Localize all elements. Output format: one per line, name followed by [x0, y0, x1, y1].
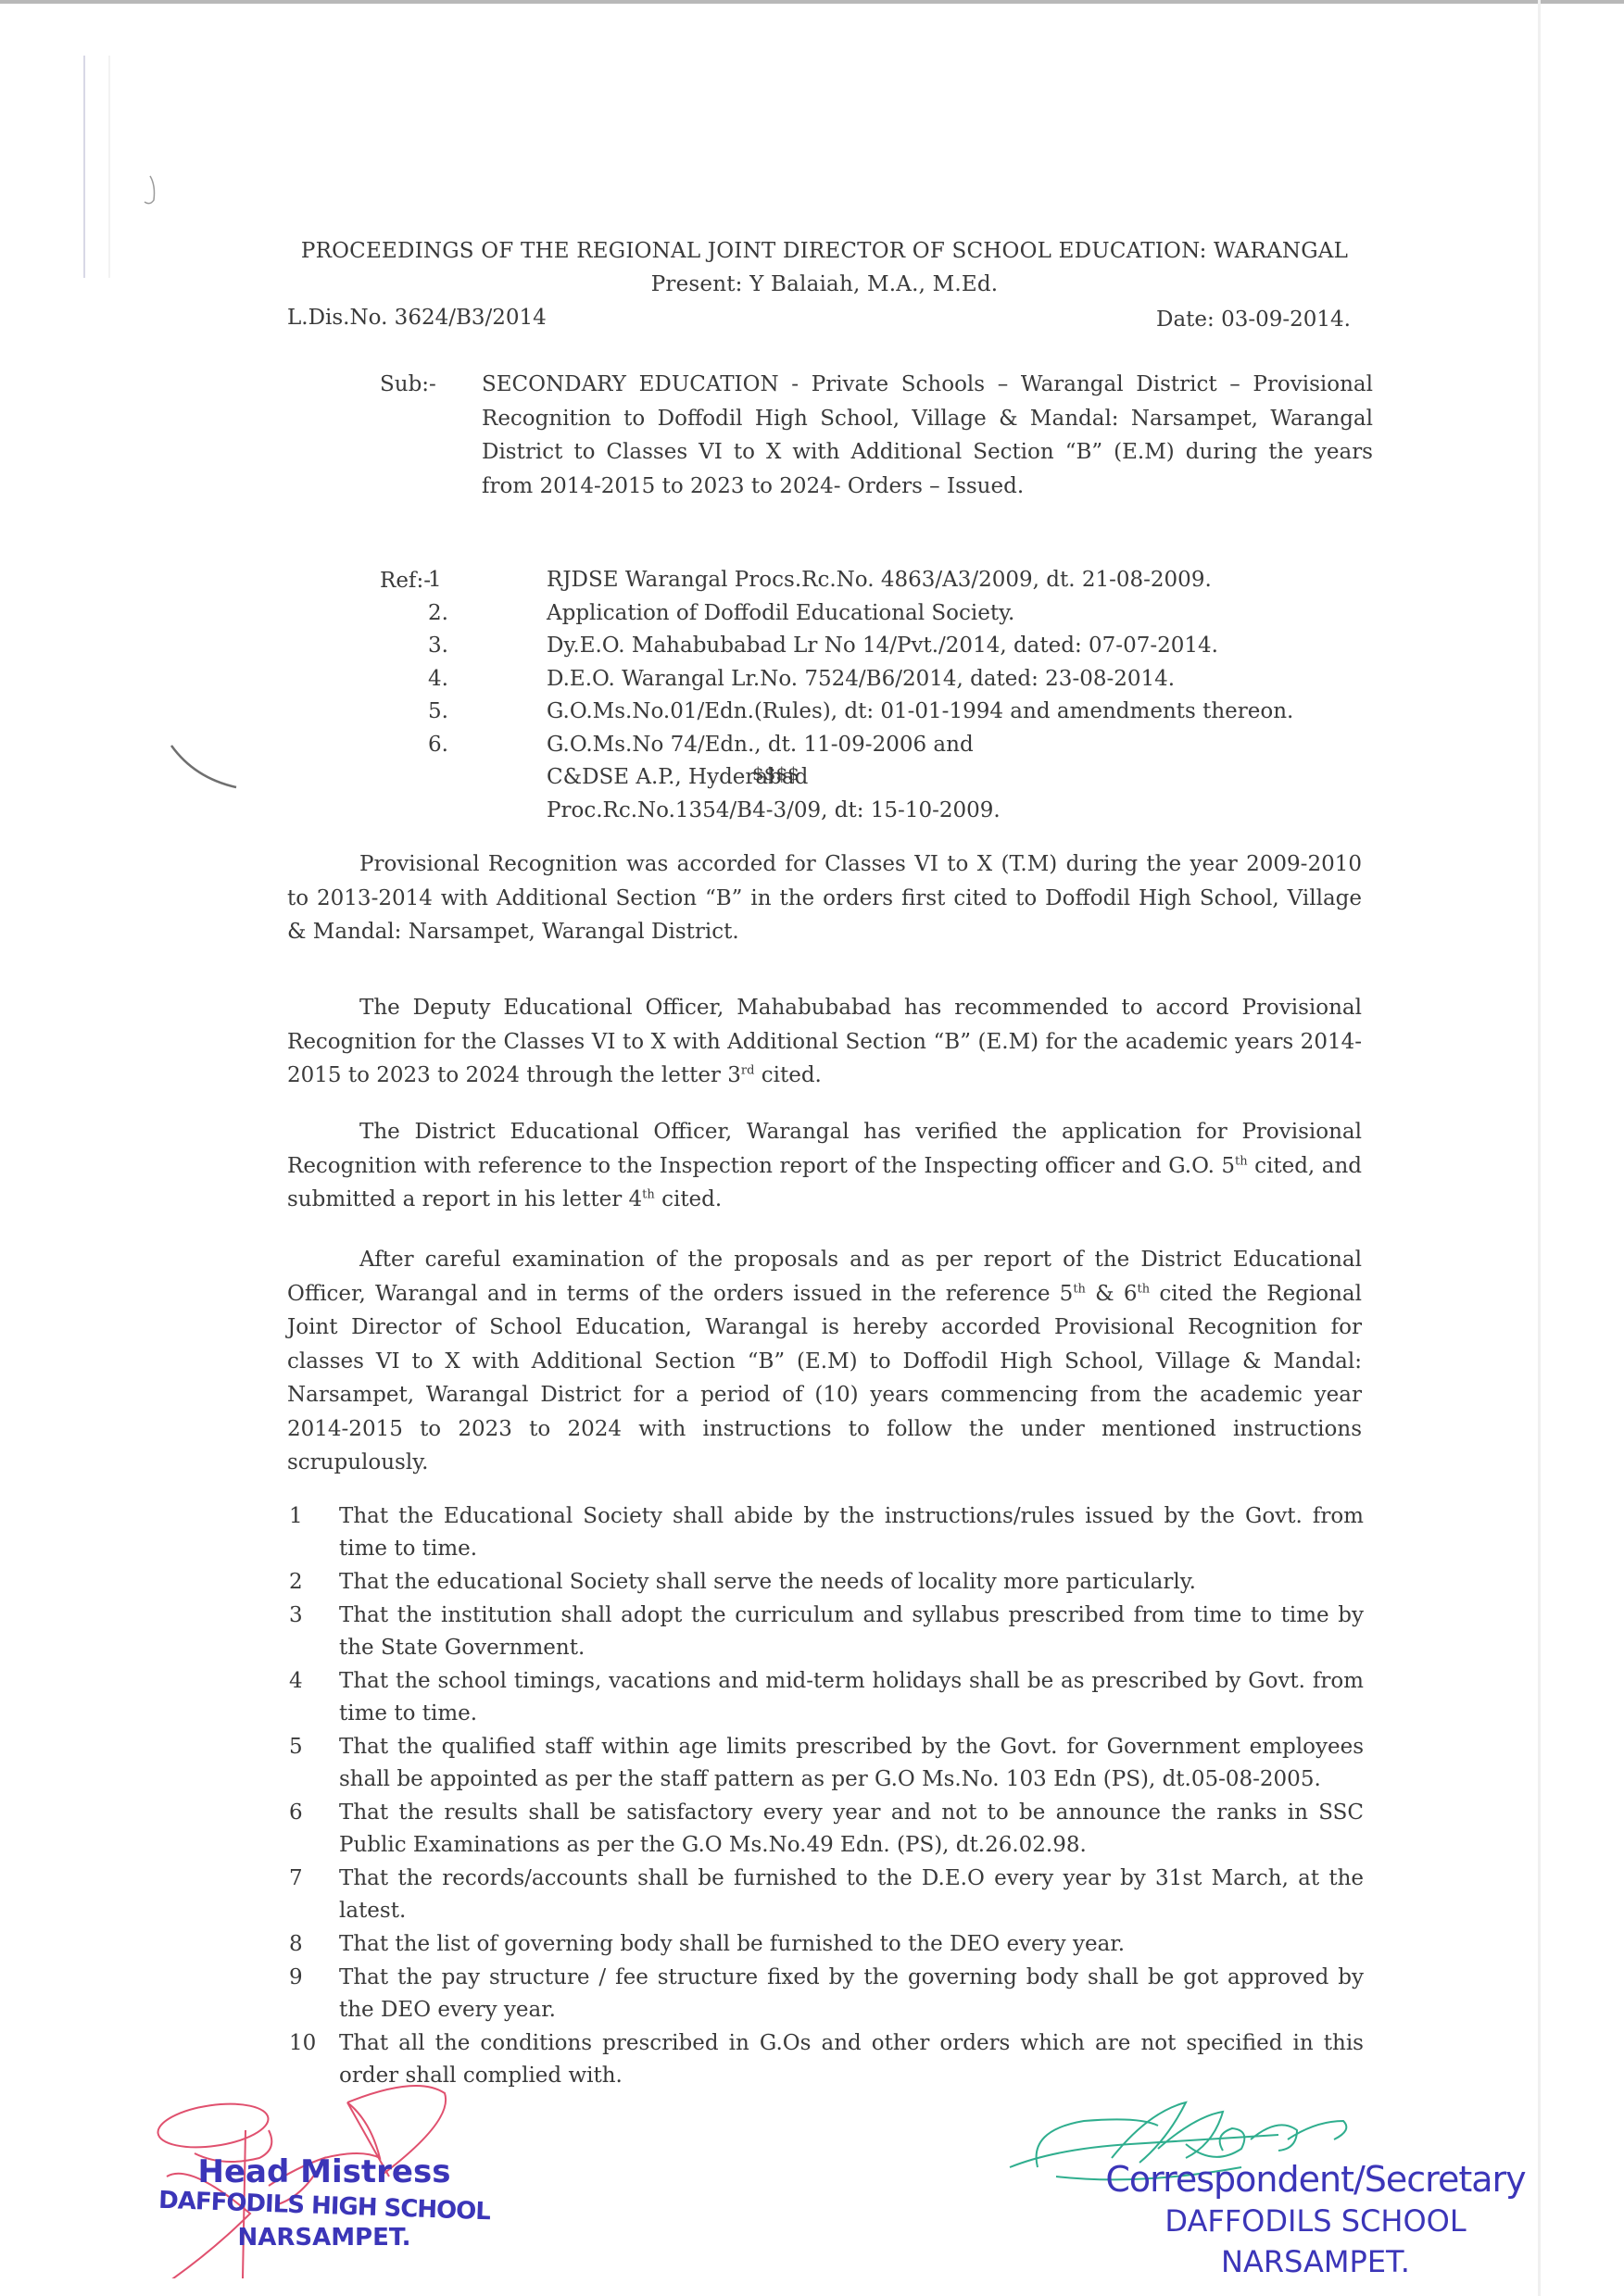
condition-item: 3That the institution shall adopt the cu… — [289, 1600, 1364, 1664]
condition-item: 2That the educational Society shall serv… — [289, 1566, 1364, 1599]
reference-item: 1RJDSE Warangal Procs.Rc.No. 4863/A3/200… — [428, 564, 1391, 597]
reference-item: 5.G.O.Ms.No.01/Edn.(Rules), dt: 01-01-19… — [428, 696, 1391, 729]
stamp-title: Correspondent/Secretary — [1084, 2158, 1547, 2201]
correspondent-stamp: Correspondent/Secretary DAFFODILS SCHOOL… — [1084, 2158, 1547, 2282]
scan-margin-mark — [108, 56, 110, 278]
condition-item: 5That the qualified staff within age lim… — [289, 1731, 1364, 1796]
pen-stroke — [167, 741, 250, 797]
scan-right-edge — [1538, 0, 1541, 2296]
condition-item: 8That the list of governing body shall b… — [289, 1928, 1364, 1961]
reference-item: 6.G.O.Ms.No 74/Edn., dt. 11-09-2006 and … — [428, 729, 1391, 828]
paragraph-deo-recommendation: The Deputy Educational Officer, Mahabuba… — [287, 991, 1362, 1093]
document-header: PROCEEDINGS OF THE REGIONAL JOINT DIRECT… — [278, 234, 1371, 301]
condition-item: 4That the school timings, vacations and … — [289, 1665, 1364, 1730]
section-separator: $$$$ — [752, 757, 799, 790]
order-date: Date: 03-09-2014. — [1156, 303, 1351, 336]
condition-item: 10That all the conditions prescribed in … — [289, 2027, 1364, 2092]
scan-margin-mark — [83, 56, 85, 278]
reference-number: L.Dis.No. 3624/B3/2014 — [287, 301, 547, 334]
paragraph-previous-recognition: Provisional Recognition was accorded for… — [287, 847, 1362, 949]
references-list: 1RJDSE Warangal Procs.Rc.No. 4863/A3/200… — [428, 564, 1391, 827]
head-mistress-stamp: Head Mistress DAFFODILS HIGH SCHOOL NARS… — [130, 2153, 519, 2253]
stamp-place: NARSAMPET. — [1084, 2241, 1547, 2282]
conditions-list: 1That the Educational Society shall abid… — [289, 1500, 1364, 2093]
pen-mark — [130, 167, 185, 222]
condition-item: 6That the results shall be satisfactory … — [289, 1797, 1364, 1862]
stamp-organization: DAFFODILS SCHOOL — [1084, 2201, 1547, 2241]
subject-text: SECONDARY EDUCATION - Private Schools – … — [482, 368, 1373, 503]
reference-item: 2.Application of Doffodil Educational So… — [428, 597, 1391, 631]
condition-item: 7That the records/accounts shall be furn… — [289, 1863, 1364, 1927]
reference-item: 4.D.E.O. Warangal Lr.No. 7524/B6/2014, d… — [428, 663, 1391, 696]
reference-item: 3.Dy.E.O. Mahabubabad Lr No 14/Pvt./2014… — [428, 630, 1391, 663]
subject-label: Sub:- — [380, 368, 436, 401]
paragraph-deo-verification: The District Educational Officer, Warang… — [287, 1115, 1362, 1217]
condition-item: 9That the pay structure / fee structure … — [289, 1962, 1364, 2026]
paragraph-order: After careful examination of the proposa… — [287, 1243, 1362, 1480]
scan-top-edge — [0, 0, 1624, 4]
condition-item: 1That the Educational Society shall abid… — [289, 1500, 1364, 1565]
presiding-officer: Present: Y Balaiah, M.A., M.Ed. — [278, 268, 1371, 301]
references-label: Ref:- — [380, 564, 431, 597]
document-title: PROCEEDINGS OF THE REGIONAL JOINT DIRECT… — [278, 234, 1371, 268]
